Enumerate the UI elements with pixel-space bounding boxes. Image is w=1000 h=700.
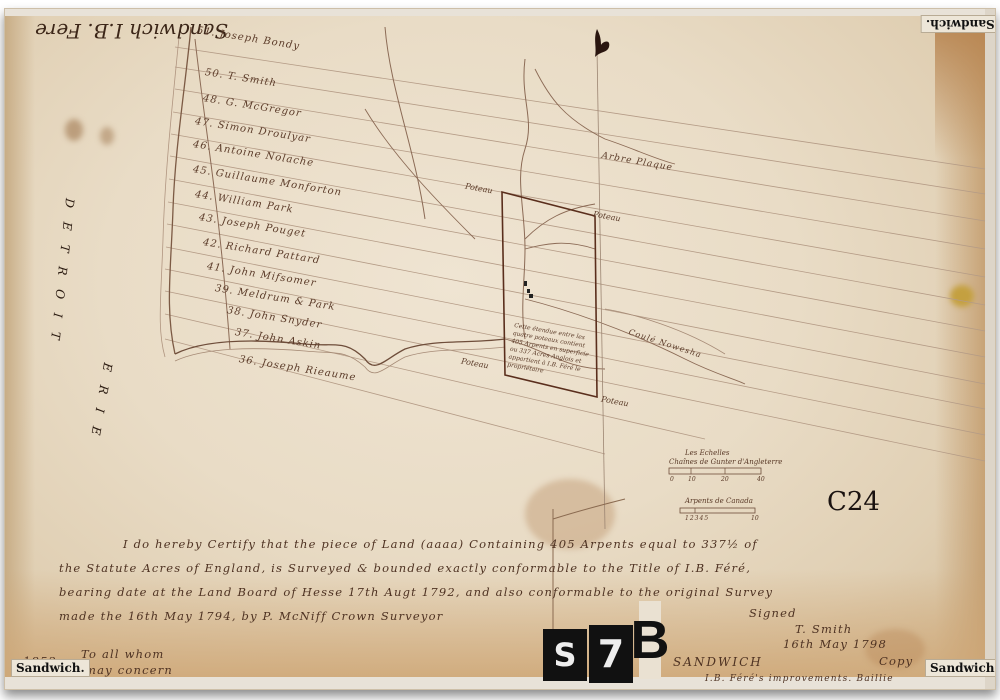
- signatory-name: T. Smith: [795, 622, 852, 636]
- scale-tick: 0: [670, 476, 674, 483]
- scale-tick: 40: [757, 476, 765, 483]
- signed-label: Signed: [749, 606, 797, 620]
- scale-title: Les Echelles: [685, 449, 730, 457]
- north-arrow: [595, 29, 609, 57]
- address-line: To all whom: [81, 647, 165, 661]
- scale-tick: 10: [751, 515, 759, 522]
- town-name: SANDWICH: [673, 655, 763, 669]
- signed-date: 16th May 1798: [783, 637, 887, 651]
- certificate-line: made the 16th May 1794, by P. McNiff Cro…: [59, 609, 443, 623]
- corner-tag-bottom-right: Sandwich.: [925, 659, 996, 677]
- footer-note: I.B. Féré's improvements. Baillie: [705, 674, 894, 684]
- stencil-letter-b: B: [639, 601, 661, 679]
- address-line: may concern: [85, 663, 173, 677]
- scale-title: Arpents de Canada: [685, 497, 753, 505]
- catalog-code: C24: [827, 487, 880, 517]
- copy-label: Copy: [879, 654, 913, 668]
- certificate-line: bearing date at the Land Board of Hesse …: [59, 585, 773, 599]
- scale-subtitle: Chaînes de Gunter d'Angleterre: [669, 458, 782, 466]
- certificate-line: the Statute Acres of England, is Surveye…: [59, 561, 751, 575]
- corner-tag-bottom-left: Sandwich.: [11, 659, 90, 677]
- corner-tag-top-right: Sandwich.: [921, 15, 996, 33]
- scale-tick: 10: [688, 476, 696, 483]
- stencil-letter-s: S: [543, 629, 587, 681]
- scale-tick: 12345: [685, 515, 709, 522]
- scale-tick: 20: [721, 476, 729, 483]
- stencil-number-7: 7: [589, 625, 633, 683]
- survey-map-sheet: Sandwich I.B. Fere 51. Joseph Bondy 50. …: [4, 8, 996, 690]
- certificate-line: I do hereby Certify that the piece of La…: [123, 537, 758, 551]
